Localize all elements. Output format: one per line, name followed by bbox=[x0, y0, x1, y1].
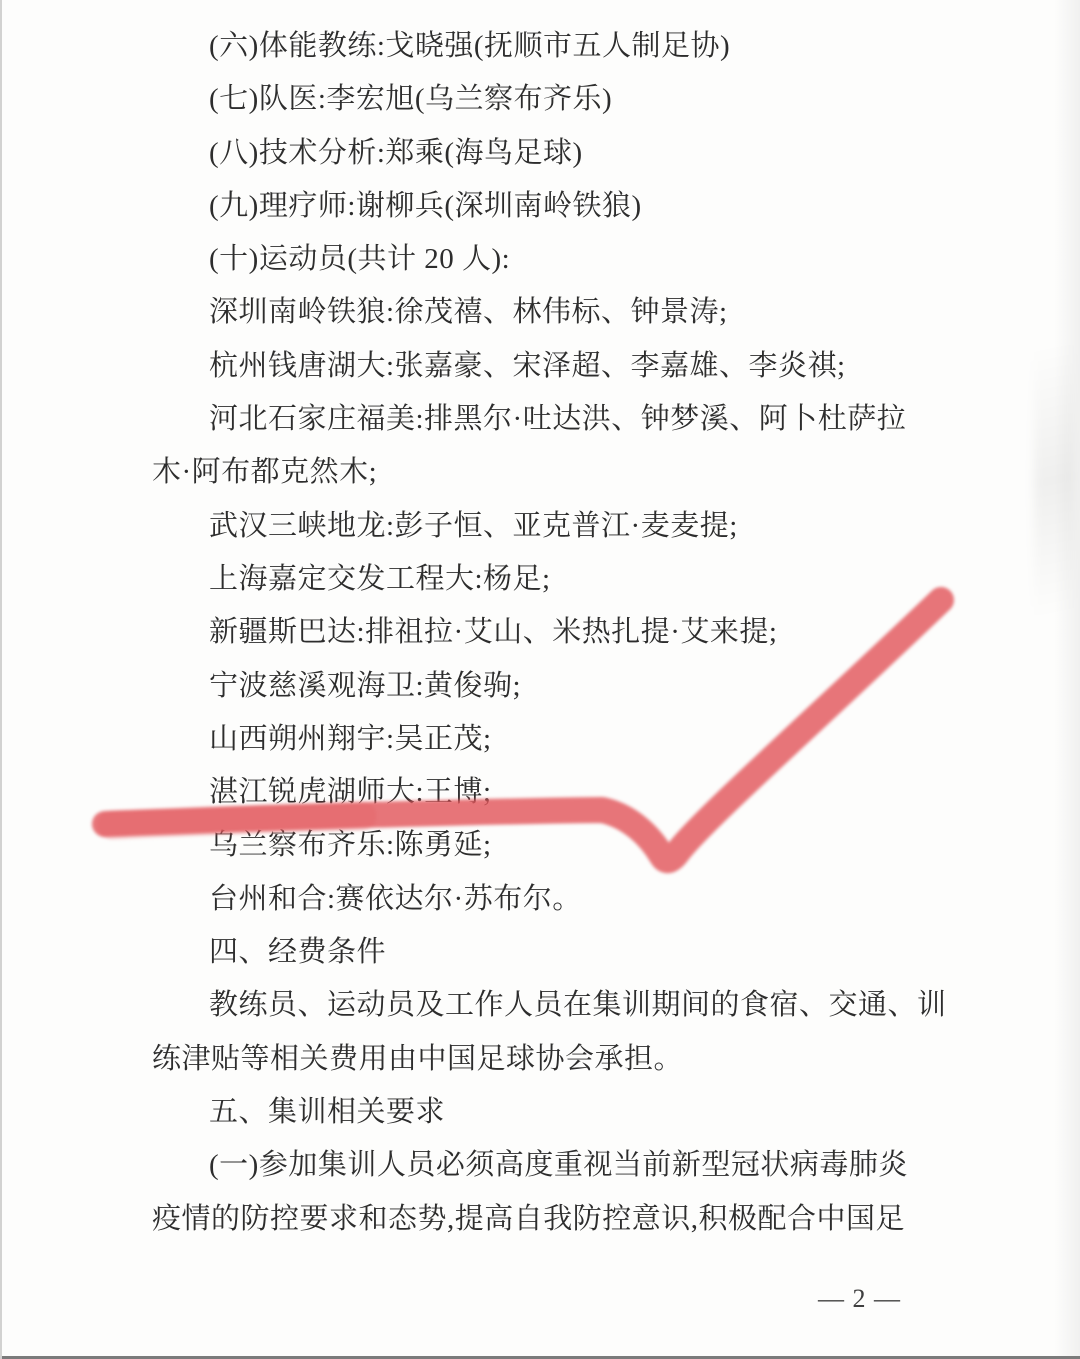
document-line: 教练员、运动员及工作人员在集训期间的食宿、交通、训 bbox=[152, 979, 962, 1032]
document-line: 湛江锐虎湖师大:王博; bbox=[152, 766, 962, 819]
document-line: 山西朔州翔宇:吴正茂; bbox=[152, 713, 962, 766]
document-line: 上海嘉定交发工程大:杨足; bbox=[152, 553, 962, 606]
document-line: 五、集训相关要求 bbox=[152, 1086, 962, 1139]
page-number: — 2 — bbox=[818, 1284, 901, 1314]
document-line: (一)参加集训人员必须高度重视当前新型冠状病毒肺炎 bbox=[152, 1139, 962, 1192]
document-line: 乌兰察布齐乐:陈勇延; bbox=[152, 819, 962, 872]
document-line: (七)队医:李宏旭(乌兰察布齐乐) bbox=[152, 73, 962, 126]
document-line: 新疆斯巴达:排祖拉·艾山、米热扎提·艾来提; bbox=[152, 606, 962, 659]
document-line: 台州和合:赛依达尔·苏布尔。 bbox=[152, 873, 962, 926]
document-line: 练津贴等相关费用由中国足球协会承担。 bbox=[152, 1033, 962, 1086]
document-page: (六)体能教练:戈晓强(抚顺市五人制足协)(七)队医:李宏旭(乌兰察布齐乐)(八… bbox=[0, 0, 1080, 1359]
document-line: 四、经费条件 bbox=[152, 926, 962, 979]
document-line: (九)理疗师:谢柳兵(深圳南岭铁狼) bbox=[152, 180, 962, 233]
document-line: 木·阿布都克然木; bbox=[152, 446, 962, 499]
document-line: 武汉三峡地龙:彭子恒、亚克普江·麦麦提; bbox=[152, 500, 962, 553]
document-line: 宁波慈溪观海卫:黄俊驹; bbox=[152, 660, 962, 713]
document-line: (八)技术分析:郑乘(海鸟足球) bbox=[152, 127, 962, 180]
document-body: (六)体能教练:戈晓强(抚顺市五人制足协)(七)队医:李宏旭(乌兰察布齐乐)(八… bbox=[152, 20, 962, 1246]
document-line: (六)体能教练:戈晓强(抚顺市五人制足协) bbox=[152, 20, 962, 73]
document-line: 杭州钱唐湖大:张嘉豪、宋泽超、李嘉雄、李炎祺; bbox=[152, 340, 962, 393]
document-line: 深圳南岭铁狼:徐茂禧、林伟标、钟景涛; bbox=[152, 286, 962, 339]
document-line: (十)运动员(共计 20 人): bbox=[152, 233, 962, 286]
document-line: 疫情的防控要求和态势,提高自我防控意识,积极配合中国足 bbox=[152, 1193, 962, 1246]
document-line: 河北石家庄福美:排黑尔·吐达洪、钟梦溪、阿卜杜萨拉 bbox=[152, 393, 962, 446]
scan-edge-shadow bbox=[1054, 0, 1080, 1359]
